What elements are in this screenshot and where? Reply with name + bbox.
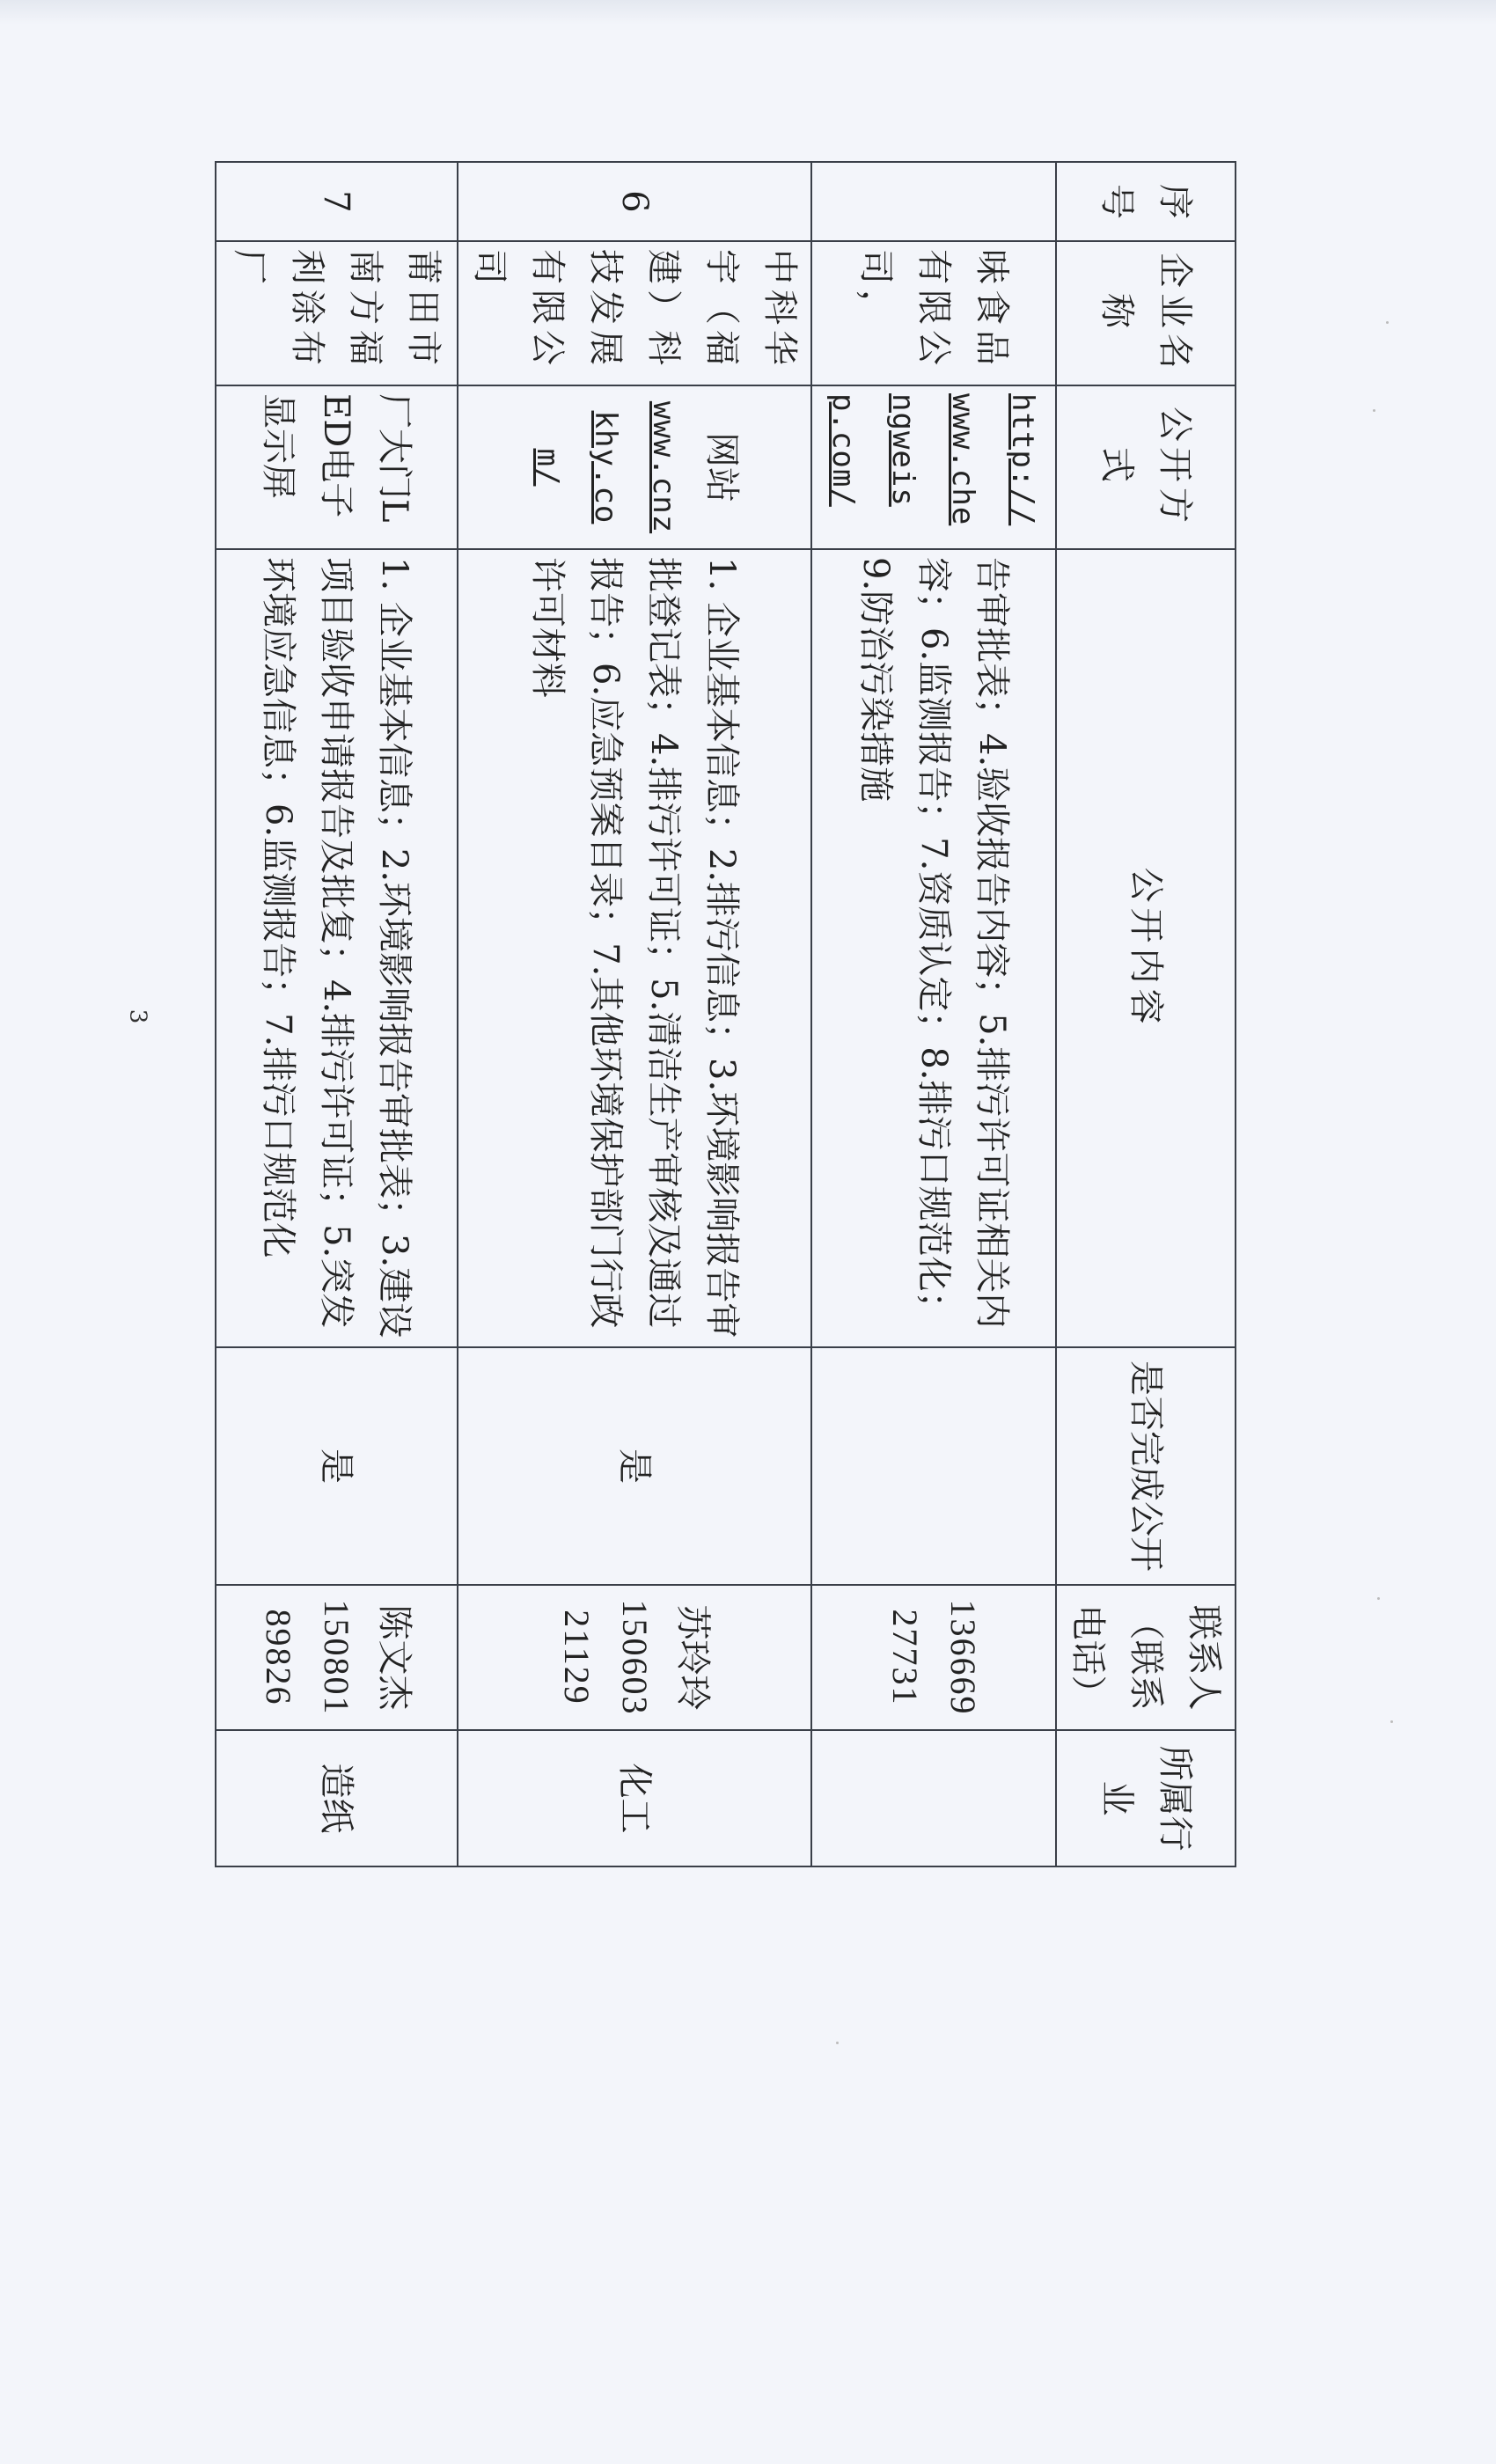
row-seq: 6 bbox=[458, 162, 811, 241]
row-industry bbox=[811, 1730, 1056, 1866]
row-content: 1. 企业基本信息；2.排污信息；3.环境影响报告审批登记表；4.排污许可证；5… bbox=[458, 549, 811, 1347]
row-industry: 造纸 bbox=[216, 1730, 458, 1866]
row-method: 网站 www.cnzkhy.com/ bbox=[458, 385, 811, 549]
row-seq: 7 bbox=[216, 162, 458, 241]
row-seq bbox=[811, 162, 1056, 241]
scan-speck bbox=[1386, 321, 1389, 324]
header-contact-label: 联系人 bbox=[1175, 1593, 1233, 1722]
row-contact: 陈文杰 15080189826 bbox=[216, 1585, 458, 1730]
contact-name: 陈文杰 bbox=[366, 1593, 424, 1722]
contact-phone: 13666927731 bbox=[876, 1593, 992, 1722]
contact-phone: 15060321129 bbox=[547, 1593, 664, 1722]
row-method: 厂大门LED电子显示屏 bbox=[216, 385, 458, 549]
disclosure-table: 序号 企业名称 公开方式 公开内容 是否完成公开 联系人 （联系电话） 所属行业… bbox=[215, 161, 1236, 1867]
scan-speck bbox=[1377, 1597, 1380, 1600]
header-row: 序号 企业名称 公开方式 公开内容 是否完成公开 联系人 （联系电话） 所属行业 bbox=[1056, 162, 1236, 1866]
scan-speck bbox=[836, 2042, 839, 2044]
rotated-table-container: 序号 企业名称 公开方式 公开内容 是否完成公开 联系人 （联系电话） 所属行业… bbox=[305, 161, 1236, 1866]
row-method: http://www.chengweisp.com/ bbox=[811, 385, 1056, 549]
header-seq: 序号 bbox=[1056, 162, 1236, 241]
contact-phone: 15080189826 bbox=[250, 1593, 366, 1722]
row-contact: 苏玲玲 15060321129 bbox=[458, 1585, 811, 1730]
table-row: 7 莆田市南方福利涂布厂 厂大门LED电子显示屏 1. 企业基本信息；2.环境影… bbox=[216, 162, 458, 1866]
row-contact: 13666927731 bbox=[811, 1585, 1056, 1730]
scan-speck bbox=[1373, 409, 1375, 412]
header-content: 公开内容 bbox=[1056, 549, 1236, 1347]
row-completed bbox=[811, 1347, 1056, 1585]
row-company: 莆田市南方福利涂布厂 bbox=[216, 241, 458, 385]
website-link[interactable]: http://www.chengweisp.com/ bbox=[825, 393, 1040, 525]
header-completed: 是否完成公开 bbox=[1056, 1347, 1236, 1585]
website-link[interactable]: www.cnzkhy.com/ bbox=[518, 393, 693, 541]
header-contact: 联系人 （联系电话） bbox=[1056, 1585, 1236, 1730]
header-method: 公开方式 bbox=[1056, 385, 1236, 549]
page-number: 3 bbox=[124, 1009, 150, 1024]
row-completed: 是 bbox=[216, 1347, 458, 1585]
table-row: 味食品有限公司， http://www.chengweisp.com/ 告审批表… bbox=[811, 162, 1056, 1866]
scan-speck bbox=[1390, 1720, 1393, 1723]
row-company: 味食品有限公司， bbox=[811, 241, 1056, 385]
method-label: 网站 bbox=[693, 393, 751, 541]
scan-top-shadow bbox=[0, 0, 1496, 25]
row-content: 1. 企业基本信息；2.环境影响报告审批表；3.建设项目验收申请报告及批复；4.… bbox=[216, 549, 458, 1347]
row-completed: 是 bbox=[458, 1347, 811, 1585]
table-row: 6 中科华宇（福建）科技发展有限公司 网站 www.cnzkhy.com/ 1.… bbox=[458, 162, 811, 1866]
header-contact-sub: （联系电话） bbox=[1059, 1593, 1175, 1722]
row-content: 告审批表；4.验收报告内容；5.排污许可证相关内容；6.监测报告；7.资质认定；… bbox=[811, 549, 1056, 1347]
row-industry: 化工 bbox=[458, 1730, 811, 1866]
row-company: 中科华宇（福建）科技发展有限公司 bbox=[458, 241, 811, 385]
contact-name: 苏玲玲 bbox=[664, 1593, 722, 1722]
header-industry: 所属行业 bbox=[1056, 1730, 1236, 1866]
header-company: 企业名称 bbox=[1056, 241, 1236, 385]
